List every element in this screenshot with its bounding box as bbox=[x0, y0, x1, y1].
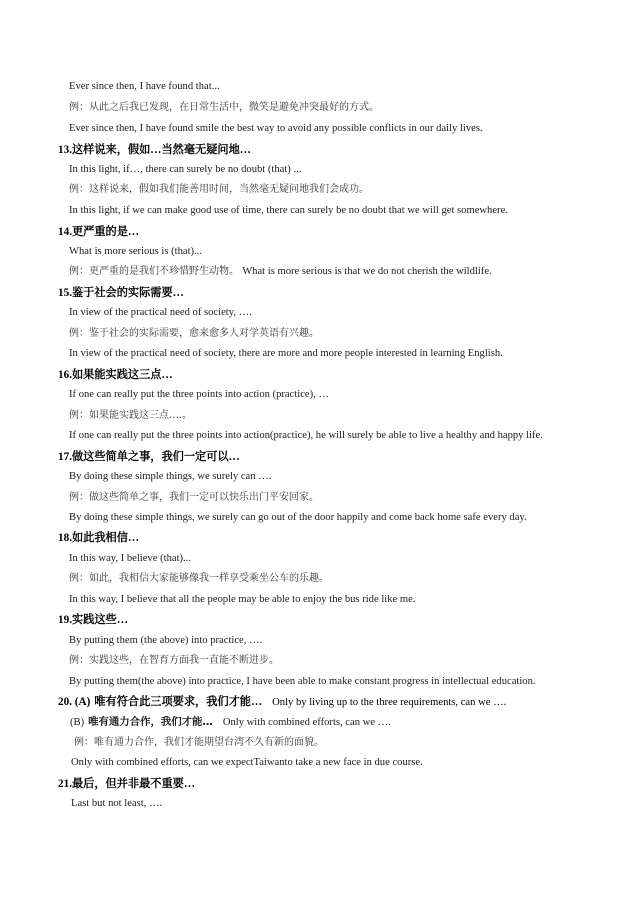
example-en-18: In this way, I believe that all the peop… bbox=[69, 593, 415, 607]
pattern-19: By putting them (the above) into practic… bbox=[69, 634, 262, 648]
section-heading-16: 16.如果能实践这三点… bbox=[58, 368, 173, 382]
example-zh-17: 例：做这些简单之事，我们一定可以快乐出门平安回家。 bbox=[69, 491, 319, 505]
intro-example-en: Ever since then, I have found smile the … bbox=[69, 122, 483, 136]
document-page: Ever since then, I have found that... 例：… bbox=[0, 0, 640, 905]
example-en-19: By putting them(the above) into practice… bbox=[69, 675, 536, 689]
pattern-18: In this way, I believe (that)... bbox=[69, 552, 191, 566]
section-heading-14: 14.更严重的是… bbox=[58, 225, 139, 239]
section-heading-17: 17.做这些简单之事，我们一定可以… bbox=[58, 450, 240, 464]
pattern-a-zh: 唯有符合此三项要求，我们才能… bbox=[94, 696, 262, 708]
example-zh-15: 例：鉴于社会的实际需要，愈来愈多人对学英语有兴趣。 bbox=[69, 327, 319, 341]
example-zh-20: 例：唯有通力合作，我们才能期望台湾不久有新的面貌。 bbox=[74, 736, 324, 750]
example-zh-18: 例：如此，我相信大家能够像我一样享受乘坐公车的乐趣。 bbox=[69, 572, 329, 586]
pattern-14: What is more serious is (that)... bbox=[69, 245, 202, 259]
pattern-b-en: Only with combined efforts, can we …. bbox=[223, 717, 391, 728]
example-en-15: In view of the practical need of society… bbox=[69, 347, 503, 361]
example-en-13: In this light, if we can make good use o… bbox=[69, 204, 508, 218]
example-zh-14: 例：更严重的是我们不珍惜野生动物。 bbox=[69, 266, 239, 277]
example-zh-19: 例：实践这些，在智育方面我一直能不断进步。 bbox=[69, 654, 279, 668]
section-heading-19: 19.实践这些… bbox=[58, 613, 128, 627]
example-14: 例：更严重的是我们不珍惜野生动物。 What is more serious i… bbox=[69, 265, 492, 279]
example-en-17: By doing these simple things, we surely … bbox=[69, 511, 527, 525]
pattern-13: In this light, if…, there can surely be … bbox=[69, 163, 301, 177]
pattern-21: Last but not least, …. bbox=[71, 797, 162, 811]
example-zh-13: 例：这样说来，假如我们能善用时间，当然毫无疑问地我们会成功。 bbox=[69, 183, 369, 197]
intro-example-zh: 例：从此之后我已发现，在日常生活中，微笑是避免冲突最好的方式。 bbox=[69, 101, 379, 115]
section-heading-15: 15.鉴于社会的实际需要… bbox=[58, 286, 184, 300]
example-en-14: What is more serious is that we do not c… bbox=[242, 266, 492, 277]
section-heading-20: 20. (A)唯有符合此三项要求，我们才能…Only by living up … bbox=[58, 695, 506, 710]
pattern-a-en: Only by living up to the three requireme… bbox=[272, 697, 506, 708]
example-en-20: Only with combined efforts, can we expec… bbox=[71, 756, 423, 770]
section-heading-18: 18.如此我相信… bbox=[58, 531, 139, 545]
example-en-16: If one can really put the three points i… bbox=[69, 429, 543, 443]
pattern-16: If one can really put the three points i… bbox=[69, 388, 329, 402]
section-heading-13: 13.这样说来，假如…当然毫无疑问地… bbox=[58, 143, 251, 157]
example-zh-16: 例：如果能实践这三点….。 bbox=[69, 409, 192, 423]
pattern-17: By doing these simple things, we surely … bbox=[69, 470, 271, 484]
pattern-b-label: (B) bbox=[70, 717, 84, 728]
pattern-b: (B)唯有通力合作，我们才能…Only with combined effort… bbox=[70, 715, 391, 730]
intro-pattern: Ever since then, I have found that... bbox=[69, 80, 220, 94]
section-number-20: 20. (A) bbox=[58, 696, 90, 708]
pattern-b-zh: 唯有通力合作，我们才能… bbox=[88, 716, 213, 728]
pattern-15: In view of the practical need of society… bbox=[69, 306, 252, 320]
section-heading-21: 21.最后，但并非最不重要… bbox=[58, 777, 195, 791]
